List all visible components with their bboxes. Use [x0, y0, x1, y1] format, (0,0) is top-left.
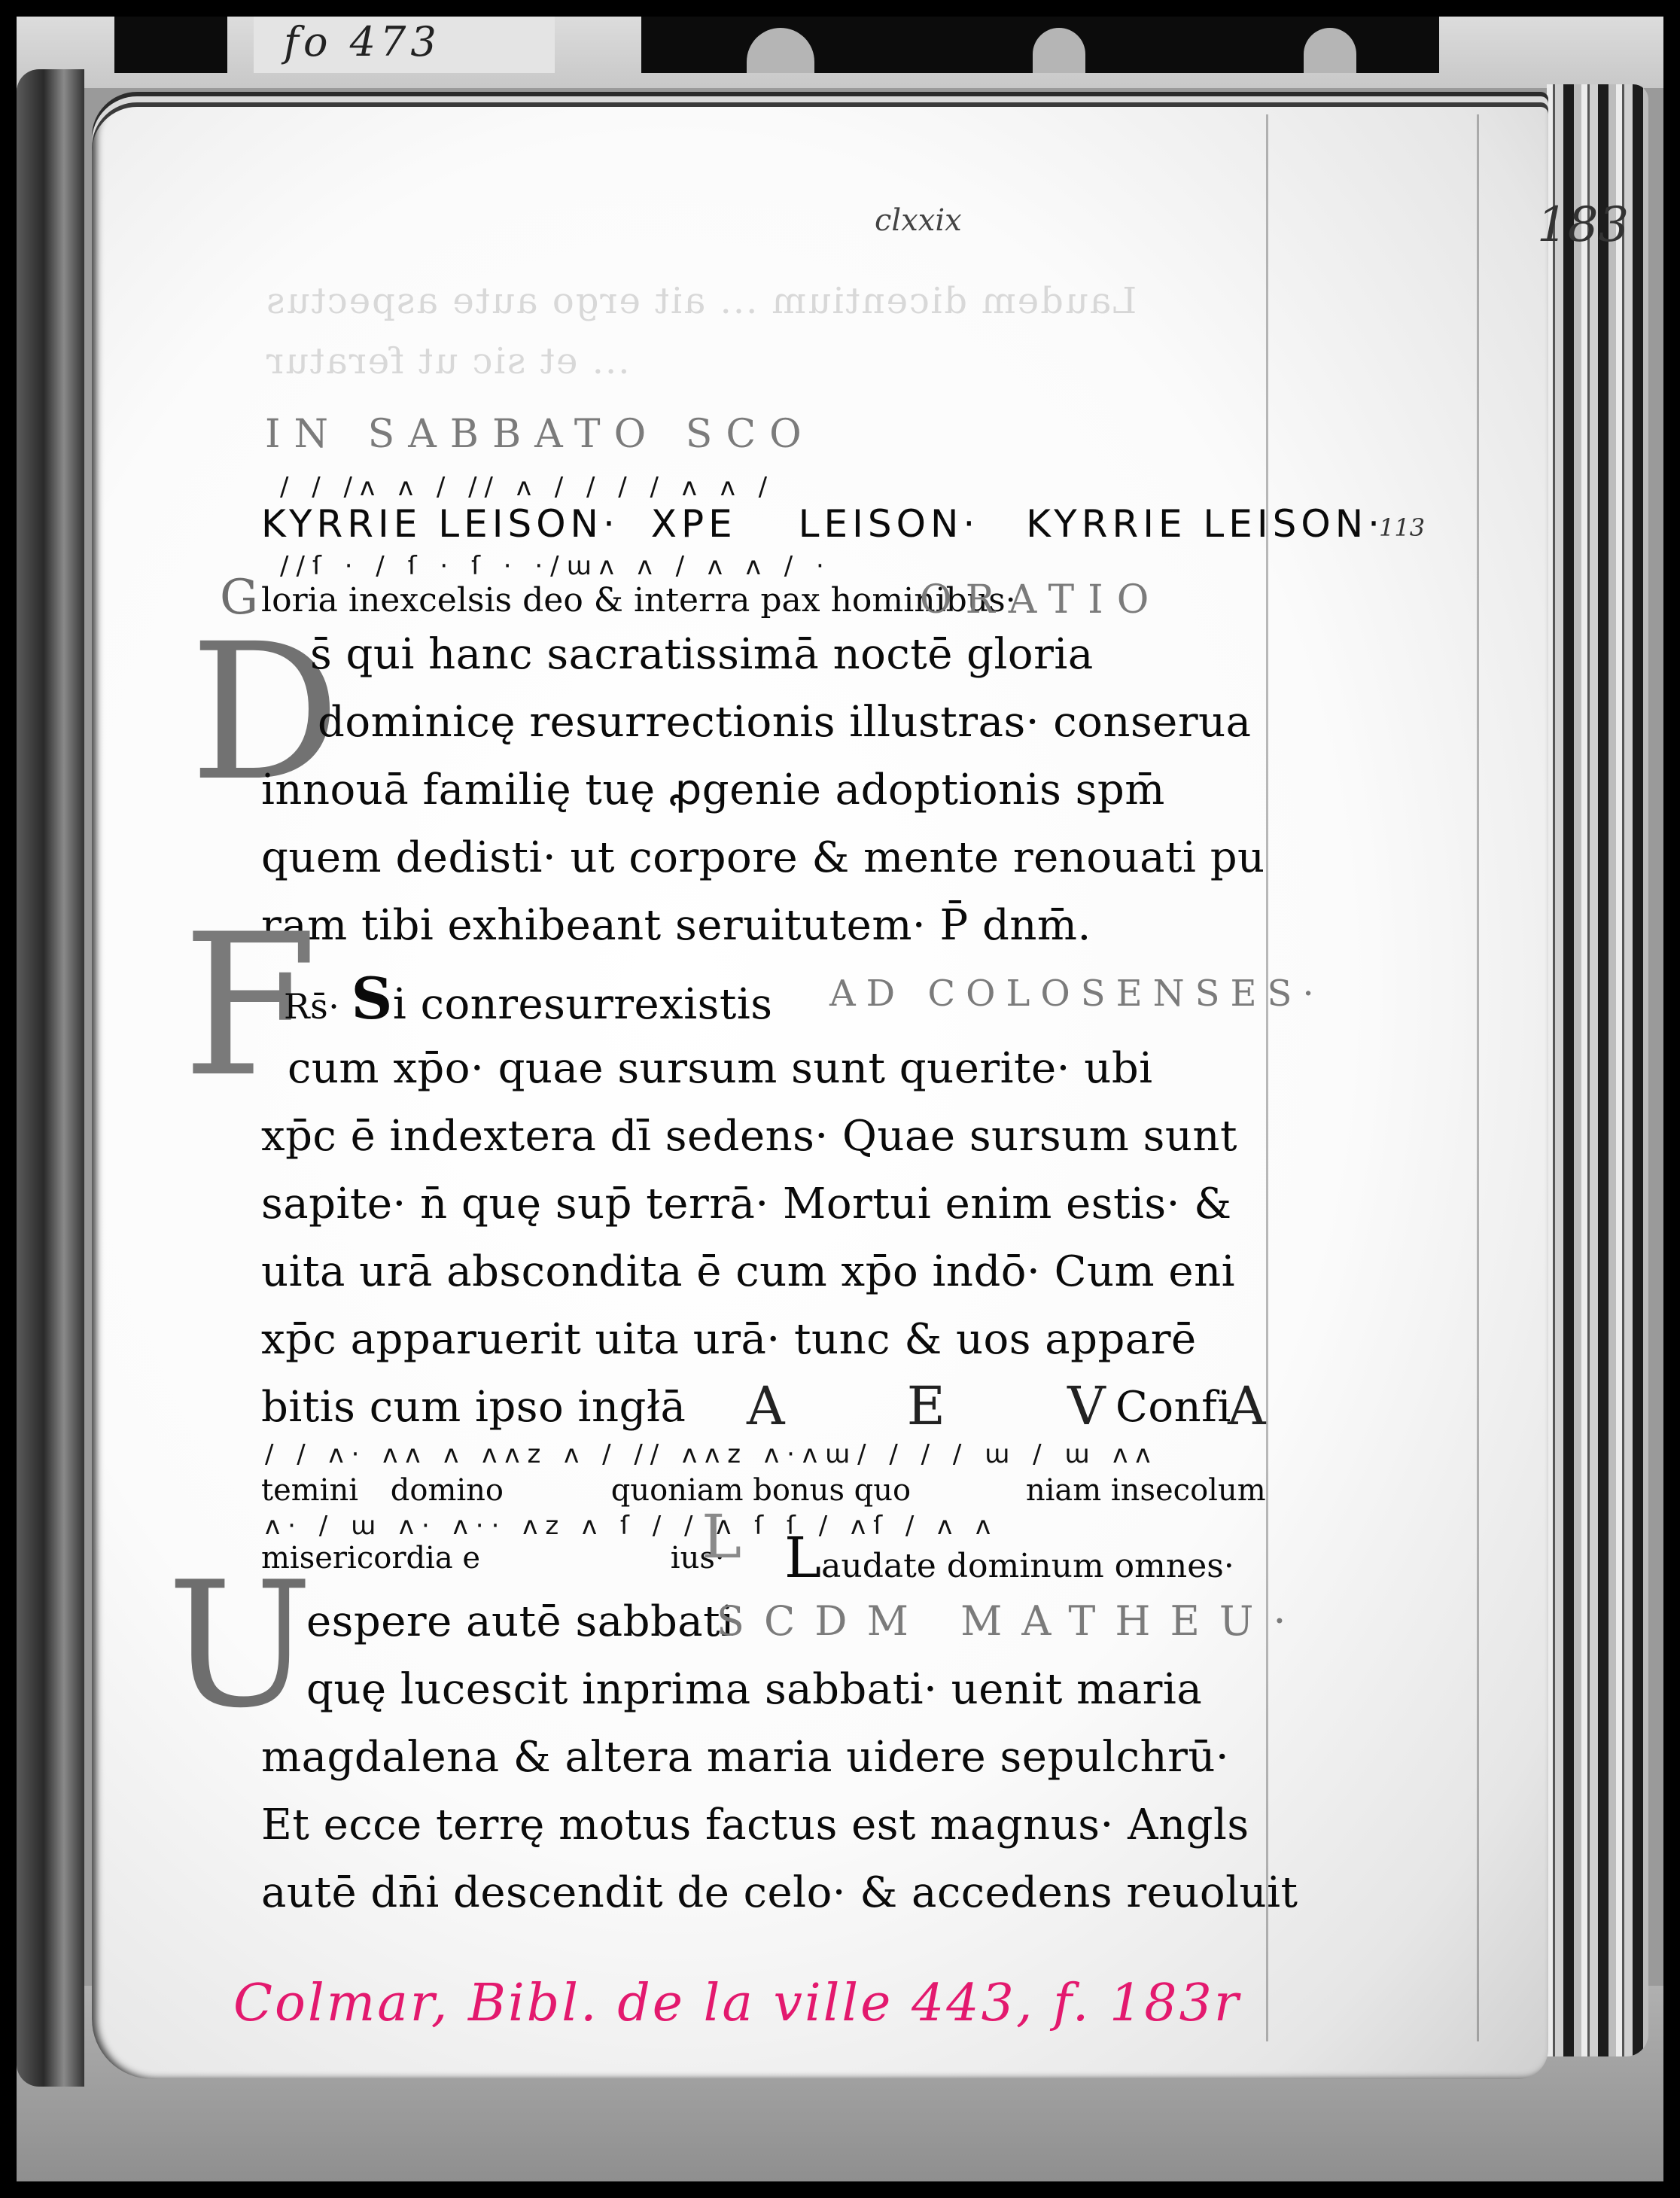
gospel-line: espere autē sabbati [306, 1597, 735, 1646]
tract-line: Laudate dominum omnes· [784, 1526, 1234, 1591]
confitemini-start: Confi [1115, 1383, 1231, 1432]
manuscript-page: clxxix 183 Laudem dicentium ... ait ergo… [92, 92, 1548, 2079]
kyrie-text: Kyrrie leison· [261, 502, 619, 546]
chant-word: domino [391, 1473, 504, 1508]
oratio-line: innouā familię tuę ꝓgenie adoptionis spm… [261, 766, 1165, 814]
oratio-line: ram tibi exhibeant seruitutem· P̄ dnm̄. [261, 901, 1091, 950]
gospel-line: autē dn̄i descendit de celo· & accedens … [261, 1868, 1298, 1917]
oratio-line: quem dedisti· ut corpore & mente renouat… [261, 833, 1265, 882]
oratio-rubric: Oratio [920, 577, 1162, 623]
manuscript-photograph: fo 473 clxxix 183 Laudem dicentium ... a… [17, 17, 1663, 2181]
gospel-line: magdalena & altera maria uidere sepulchr… [261, 1733, 1229, 1782]
epistle-line: bitis cum ipso ingłā [261, 1383, 686, 1432]
chant-word: quoniam bonus quo [611, 1473, 911, 1508]
chant-neumes: / / ʌ· ʌʌ ʌ ʌʌz ʌ / // ʌʌz ʌ·ʌɯ/ / / / ɯ… [265, 1439, 1158, 1469]
gospel-rubric: Scdm matheu· [717, 1597, 1306, 1645]
quire-mark: clxxix [875, 203, 962, 238]
archive-annotation: Colmar, Bibl. de la ville 443, f. 183r [233, 1974, 1240, 2033]
chant-word: niam insecolum [1026, 1473, 1266, 1508]
epistle-rubric: Ad colosenses· [829, 973, 1325, 1015]
tract-initial: L [784, 1526, 821, 1591]
initial-s: S [352, 965, 393, 1032]
label-letter-counter [747, 28, 814, 73]
epistle-line: sapite· n̄ quę sup̄ terrā· Mortui enim e… [261, 1180, 1232, 1228]
responsory-marker: Rs̄· [284, 986, 339, 1027]
heading-rubric: In sabbato sco [265, 412, 815, 457]
oratio-line: s̄ qui hanc sacratissimā noctē gloria [310, 630, 1094, 679]
label-letter-counter [1304, 28, 1356, 73]
kyrie-text: Kyrrie leison· [1026, 502, 1384, 546]
epistle-line: xp̄c ē indextera dī sedens· Quae sursum … [261, 1112, 1237, 1161]
ruling-line [1477, 114, 1479, 2041]
epistle-line: cum xp̄o· quae sursum sunt querite· ubi [288, 1044, 1153, 1093]
gospel-line: Et ecce terrę motus factus est magnus· A… [261, 1801, 1249, 1849]
eleison-text: leison· [799, 502, 980, 546]
kyrie-neumes: / / /ʌ ʌ / // ʌ / / / / ʌ ʌ / [280, 472, 775, 502]
shelfmark-tag-text: fo 473 [284, 18, 441, 65]
alleluia-letters: A e v a [747, 1375, 1319, 1437]
ruling-line [1266, 114, 1268, 2041]
responsory-line: Rs̄· Si conresurrexistis [284, 965, 773, 1032]
chant-words-line: temini domino quoniam bonus quo niam ins… [261, 1473, 1266, 1508]
gospel-line: quę lucescit inprima sabbati· uenit mari… [306, 1665, 1202, 1714]
page-stack-fore-edge [1547, 84, 1648, 2056]
gloria-neumes: //ſ · / ſ · ſ · ·/ɯʌ ʌ / ʌ ʌ / · [280, 551, 832, 581]
label-card-letters [641, 17, 1439, 73]
tract-text: audate dominum omnes· [821, 1547, 1234, 1585]
label-letter-counter [1033, 28, 1085, 73]
chant-word: temini [261, 1473, 358, 1508]
book-binding-left [17, 69, 84, 2087]
gloria-text: loria inexcelsis deo & interra pax homin… [261, 581, 1016, 620]
folio-number: 183 [1537, 197, 1629, 253]
kyrie-line: Kyrrie leison· Xpe leison· Kyrrie leison… [261, 502, 1384, 546]
oratio-line: dominicę resurrectionis illustras· conse… [318, 698, 1252, 747]
bleed-through-text: ... et sic ut feratur [265, 340, 629, 382]
tract-initial-faded: L [702, 1507, 741, 1567]
chant-words-line: misericordia e ius· [261, 1541, 725, 1575]
epistle-line: xp̄c apparuerit uita urā· tunc & uos app… [261, 1315, 1197, 1364]
label-card-left [114, 17, 227, 73]
initial-u: U [167, 1560, 313, 1733]
epistle-line: uita urā abscondita ē cum xp̄o indō· Cum… [261, 1247, 1235, 1296]
epistle-incipit: i conresurrexistis [393, 980, 773, 1029]
margin-number: 113 [1379, 513, 1425, 542]
bleed-through-text: Laudem dicentium ... ait ergo aute aspec… [265, 280, 1137, 322]
christe-text: Xpe [651, 502, 737, 546]
